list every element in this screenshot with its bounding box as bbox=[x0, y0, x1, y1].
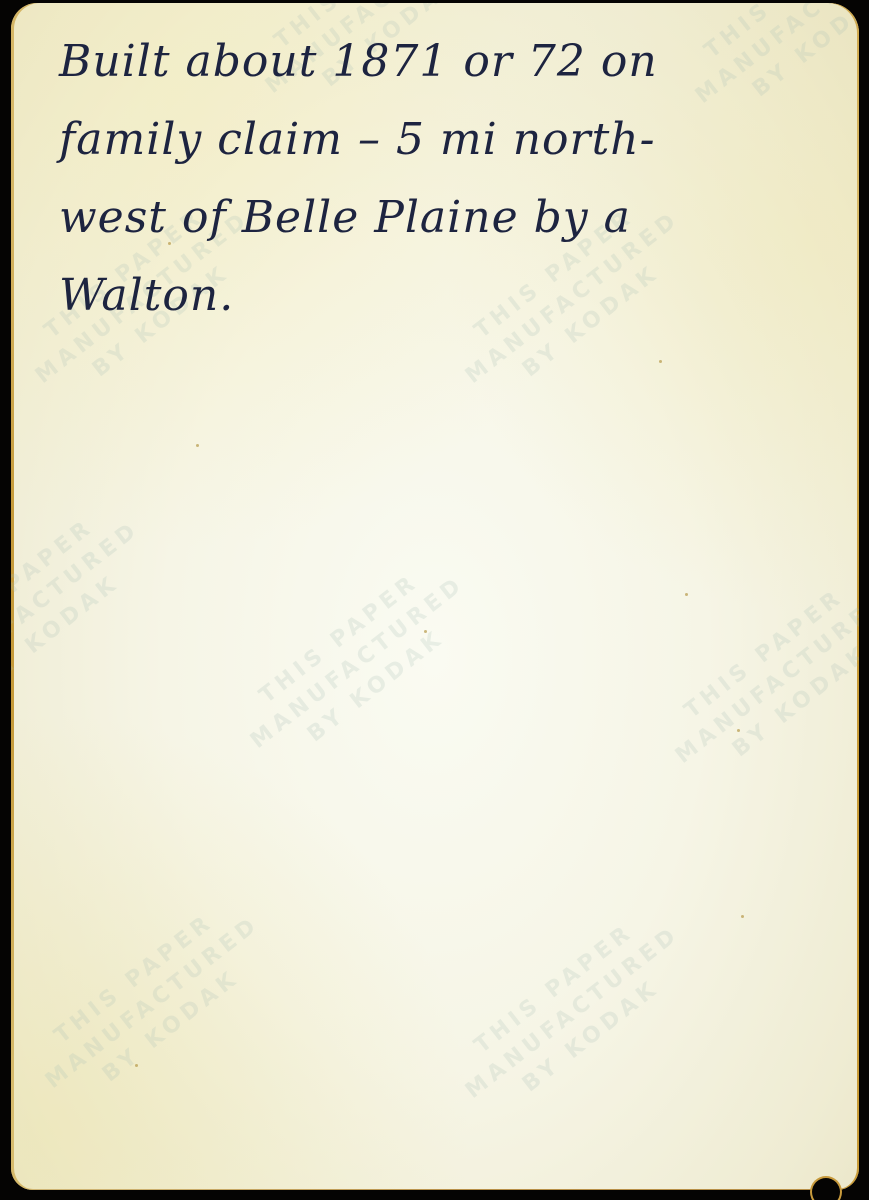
watermark-line: BY KODAK bbox=[11, 539, 165, 725]
watermark-line: THIS PAPER bbox=[11, 491, 128, 677]
card-corner-notch bbox=[812, 1178, 840, 1200]
watermark-line: MANUFACTURED bbox=[11, 515, 146, 701]
inscription-line-4: Walton. bbox=[59, 257, 839, 335]
watermark-line: BY KODAK bbox=[478, 944, 704, 1130]
paper-speck bbox=[196, 444, 199, 447]
paper-speck bbox=[135, 1064, 138, 1067]
watermark-line: BY KODAK bbox=[688, 609, 859, 795]
inscription-line-2: family claim – 5 mi north- bbox=[59, 101, 839, 179]
watermark-line: THIS PAPER bbox=[21, 886, 247, 1072]
handwritten-inscription: Built about 1871 or 72 on family claim –… bbox=[59, 23, 839, 335]
kodak-watermark: THIS PAPER MANUFACTURED BY KODAK bbox=[11, 491, 165, 724]
watermark-line: BY KODAK bbox=[58, 934, 284, 1120]
watermark-line: MANUFACTURED bbox=[40, 910, 266, 1096]
paper-speck bbox=[685, 593, 688, 596]
kodak-watermark: THIS PAPER MANUFACTURED BY KODAK bbox=[21, 886, 284, 1119]
kodak-watermark: THIS PAPER MANUFACTURED BY KODAK bbox=[226, 546, 489, 779]
watermark-line: MANUFACTURED bbox=[245, 570, 471, 756]
watermark-line: THIS PAPER bbox=[651, 561, 859, 747]
paper-speck bbox=[659, 360, 662, 363]
photo-card-back: THIS PAPER MANUFACTURED BY KODAK THIS PA… bbox=[11, 3, 859, 1190]
watermark-line: MANUFACTURED bbox=[460, 920, 686, 1106]
kodak-watermark: THIS PAPER MANUFACTURED BY KODAK bbox=[441, 896, 704, 1129]
watermark-line: BY KODAK bbox=[263, 594, 489, 780]
watermark-line: THIS PAPER bbox=[441, 896, 667, 1082]
paper-speck bbox=[737, 729, 740, 732]
kodak-watermark: THIS PAPER MANUFACTURED BY KODAK bbox=[651, 561, 859, 794]
inscription-line-1: Built about 1871 or 72 on bbox=[59, 23, 839, 101]
watermark-line: THIS PAPER bbox=[226, 546, 452, 732]
paper-speck bbox=[741, 915, 744, 918]
inscription-line-3: west of Belle Plaine by a bbox=[59, 179, 839, 257]
paper-speck bbox=[424, 630, 427, 633]
watermark-line: MANUFACTURED bbox=[670, 585, 859, 771]
